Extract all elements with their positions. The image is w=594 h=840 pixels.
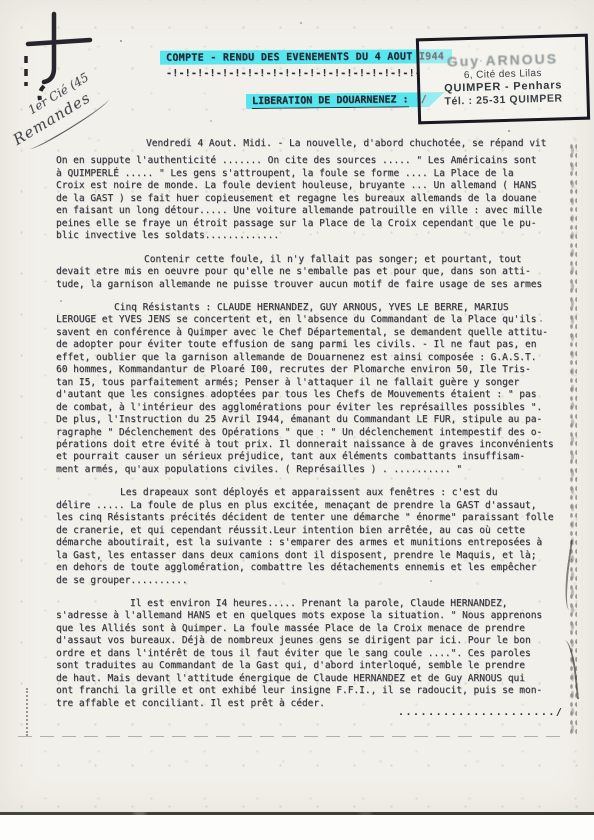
- scanned-document-page: 1er Cié (45 Remandes COMPTE - RENDU DES …: [0, 0, 594, 840]
- paragraph: Il est environ I4 heures..... Prenant la…: [56, 598, 572, 710]
- text-line: délire ..... La foule de plus en plus ex…: [56, 500, 572, 512]
- text-line: tan I5, tous parfaitement armés; Penser …: [56, 377, 572, 389]
- paragraphs-container: On en suppute l'authenticité ....... On …: [56, 155, 572, 710]
- text-line: LEROUGE et YVES JENS se concertent et, e…: [56, 314, 572, 326]
- dateline-text: Vendredi 4 Aout. Midi. - La nouvelle, d'…: [56, 138, 572, 150]
- text-line: de se grouper..........: [56, 575, 572, 587]
- typewritten-body: Vendredi 4 Aout. Midi. - La nouvelle, d'…: [56, 138, 572, 721]
- text-line: la Gast, les entasser dans deux camions …: [56, 550, 572, 562]
- text-line: effet, oublier que la garnison allemande…: [56, 352, 572, 364]
- left-edge-dots-artifact: [26, 688, 29, 736]
- text-line: Contenir cette foule, il n'y fallait pas…: [56, 254, 572, 266]
- text-line: de haut. Mais devant l'attitude énergiqu…: [56, 673, 572, 685]
- text-line: pérations doit etre évité à tout prix. I…: [56, 439, 572, 451]
- paragraph: On en suppute l'authenticité ....... On …: [56, 155, 572, 242]
- text-line: ment armés, qu'aux populations civiles. …: [56, 464, 572, 476]
- text-line: en dehors de toute agglomération, combat…: [56, 562, 572, 574]
- text-line: 60 hommes, Kommandantur de Ploaré I00, r…: [56, 364, 572, 376]
- text-line: de la GAST ) se fait huer copieusement e…: [56, 193, 572, 205]
- text-line: Il est environ I4 heures..... Prenant la…: [56, 598, 572, 610]
- text-line: d'assaut vos bureaux. Déjà de nombreux j…: [56, 635, 572, 647]
- address-stamp: Guy ARNOUS 6, Cité des Lilas QUIMPER - P…: [416, 34, 590, 125]
- dateline: Vendredi 4 Aout. Midi. - La nouvelle, d'…: [56, 138, 572, 150]
- continuation-mark: ...................../: [398, 707, 563, 718]
- right-edge-smudge: [569, 142, 577, 734]
- text-line: blic invective les soldats.............: [56, 230, 572, 242]
- page-bottom-edge: [0, 812, 594, 815]
- fold-line-artifact: [18, 736, 560, 737]
- text-line: devait etre mis en oeuvre pour qu'elle n…: [56, 266, 572, 278]
- text-line: d'autant que les consignes adoptées par …: [56, 389, 572, 401]
- text-line: peines elle se fraye un étroit passage s…: [56, 218, 572, 230]
- document-subtitle: LIBERATION DE DOUARNENEZ : /: [246, 92, 445, 109]
- text-line: Croix est noire de monde. La foule devie…: [56, 180, 572, 192]
- text-line: Cinq Résistants : CLAUDE HERNANDEZ, GUY …: [56, 302, 572, 314]
- document-title: COMPTE - RENDU DES EVENEMENTS DU 4 AOUT …: [160, 49, 452, 65]
- text-line: à QUIMPERLÉ ..... " Les gens s'attroupen…: [56, 168, 572, 180]
- subtitle-text: LIBERATION DE DOUARNENEZ :: [252, 94, 409, 109]
- text-line: de adopter pour éviter toute effusion de…: [56, 339, 572, 351]
- stamp-address: 6, Cité des Lilas: [464, 68, 542, 81]
- paragraph: Cinq Résistants : CLAUDE HERNANDEZ, GUY …: [56, 302, 572, 476]
- text-line: On en suppute l'authenticité ....... On …: [56, 155, 572, 167]
- text-line: ordre et dans l'intérêt de tous il faut …: [56, 648, 572, 660]
- text-line: de cranerie, et qui cependant réussit.Le…: [56, 525, 572, 537]
- text-line: De plus, l'Instruction du 25 Avril I944,…: [56, 414, 572, 426]
- text-line: tude, la garnison allemande ne puisse tr…: [56, 279, 572, 291]
- text-line: les cinq Résistants précités décident de…: [56, 512, 572, 524]
- stamp-name: Guy ARNOUS: [447, 50, 559, 69]
- text-line: savent en conférence à Quimper avec le C…: [56, 327, 572, 339]
- text-line: sont traduites au Commandant de la Gast …: [56, 660, 572, 672]
- text-line: de combat, à l'intérieur des agglomérati…: [56, 402, 572, 414]
- text-line: ragraphe " Déclenchement des Opérations …: [56, 427, 572, 439]
- stamp-phone: Tél. : 25-31 QUIMPER: [444, 92, 562, 107]
- paragraph: Contenir cette foule, il n'y fallait pas…: [56, 254, 572, 291]
- scan-speckles: [0, 0, 2, 2]
- title-separator: -!-!-!-!-!-!-!-!-!-!-!-!-!-!-!-!-!-!-!-!…: [166, 68, 421, 79]
- text-line: et pourrait causer un sérieux préjudice,…: [56, 451, 572, 463]
- text-line: ont franchi la grille et ont exhibé leur…: [56, 685, 572, 697]
- paragraph: Les drapeaux sont déployés et apparaisse…: [56, 487, 572, 587]
- text-line: que les Alliés sont à Quimper. La foule …: [56, 623, 572, 635]
- text-line: en faisant un long détour..... Une voitu…: [56, 205, 572, 217]
- text-line: s'adresse à l'allemand HANS et en quelqu…: [56, 610, 572, 622]
- text-line: démarche aboutirait, est la suivante : s…: [56, 537, 572, 549]
- text-line: Les drapeaux sont déployés et apparaisse…: [56, 487, 572, 499]
